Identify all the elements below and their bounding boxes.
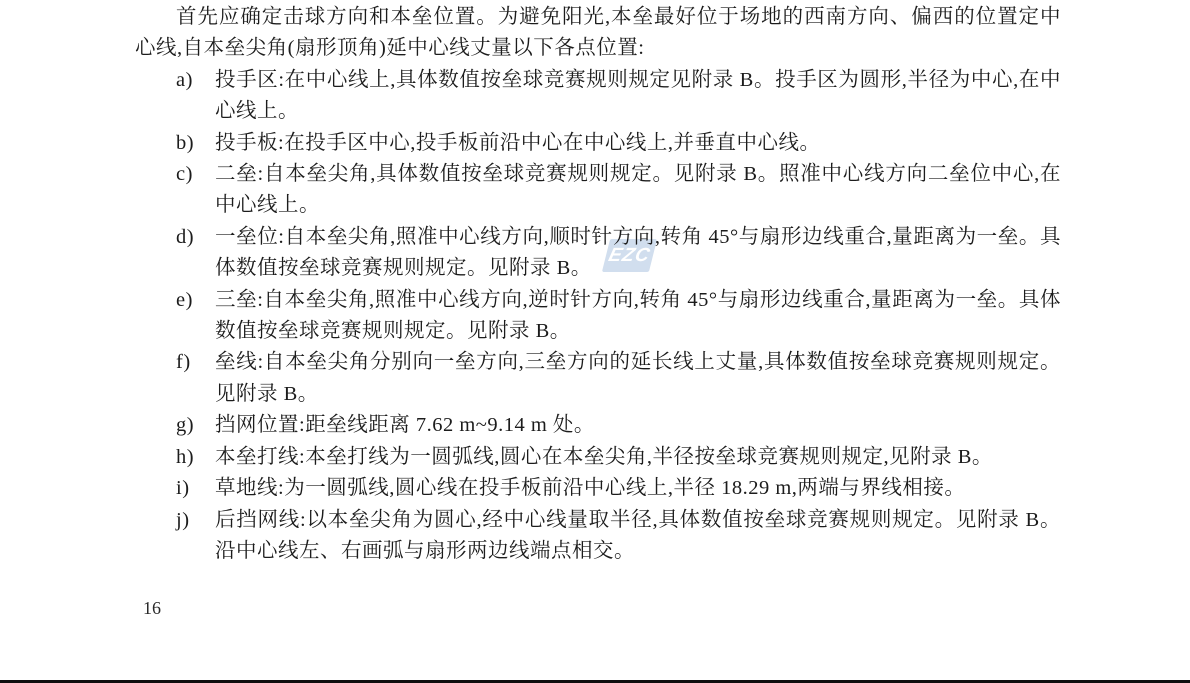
list-item: h) 本垒打线:本垒打线为一圆弧线,圆心在本垒尖角,半径按垒球竞赛规则规定,见附… xyxy=(135,442,1061,473)
list-item-marker: i) xyxy=(176,473,190,504)
list-item-marker: g) xyxy=(176,410,194,441)
list-item-marker: e) xyxy=(176,285,193,316)
list-item-text: 挡网位置:距垒线距离 7.62 m~9.14 m 处。 xyxy=(215,414,595,436)
list-item-text: 三垒:自本垒尖角,照准中心线方向,逆时针方向,转角 45°与扇形边线重合,量距离… xyxy=(215,289,1061,342)
list-item-text: 投手板:在投手区中心,投手板前沿中心在中心线上,并垂直中心线。 xyxy=(215,132,820,154)
list-item-marker: f) xyxy=(176,347,191,378)
lettered-list: a) 投手区:在中心线上,具体数值按垒球竞赛规则规定见附录 B。投手区为圆形,半… xyxy=(135,65,1061,568)
list-item: b) 投手板:在投手区中心,投手板前沿中心在中心线上,并垂直中心线。 xyxy=(135,128,1061,159)
list-item: a) 投手区:在中心线上,具体数值按垒球竞赛规则规定见附录 B。投手区为圆形,半… xyxy=(135,65,1061,128)
list-item-marker: c) xyxy=(176,159,193,190)
document-body: 首先应确定击球方向和本垒位置。为避免阳光,本垒最好位于场地的西南方向、偏西的位置… xyxy=(135,2,1061,567)
list-item-marker: b) xyxy=(176,128,194,159)
list-item: j) 后挡网线:以本垒尖角为圆心,经中心线量取半径,具体数值按垒球竞赛规则规定。… xyxy=(135,505,1061,568)
list-item-marker: h) xyxy=(176,442,194,473)
list-item-marker: a) xyxy=(176,65,193,96)
list-item: g) 挡网位置:距垒线距离 7.62 m~9.14 m 处。 xyxy=(135,410,1061,441)
list-item: i) 草地线:为一圆弧线,圆心线在投手板前沿中心线上,半径 18.29 m,两端… xyxy=(135,473,1061,504)
list-item-marker: d) xyxy=(176,222,194,253)
list-item: f) 垒线:自本垒尖角分别向一垒方向,三垒方向的延长线上丈量,具体数值按垒球竞赛… xyxy=(135,347,1061,410)
list-item: c) 二垒:自本垒尖角,具体数值按垒球竞赛规则规定。见附录 B。照准中心线方向二… xyxy=(135,159,1061,222)
list-item-text: 本垒打线:本垒打线为一圆弧线,圆心在本垒尖角,半径按垒球竞赛规则规定,见附录 B… xyxy=(215,446,993,468)
list-item-text: 投手区:在中心线上,具体数值按垒球竞赛规则规定见附录 B。投手区为圆形,半径为中… xyxy=(215,69,1061,122)
list-item-text: 垒线:自本垒尖角分别向一垒方向,三垒方向的延长线上丈量,具体数值按垒球竞赛规则规… xyxy=(215,351,1061,404)
list-item-text: 一垒位:自本垒尖角,照准中心线方向,顺时针方向,转角 45°与扇形边线重合,量距… xyxy=(215,226,1061,279)
document-page: { "doc": { "intro": "首先应确定击球方向和本垒位置。为避免阳… xyxy=(0,0,1190,683)
list-item: d) 一垒位:自本垒尖角,照准中心线方向,顺时针方向,转角 45°与扇形边线重合… xyxy=(135,222,1061,285)
list-item: e) 三垒:自本垒尖角,照准中心线方向,逆时针方向,转角 45°与扇形边线重合,… xyxy=(135,285,1061,348)
page-number: 16 xyxy=(143,597,161,619)
list-item-text: 二垒:自本垒尖角,具体数值按垒球竞赛规则规定。见附录 B。照准中心线方向二垒位中… xyxy=(215,163,1061,216)
list-item-text: 草地线:为一圆弧线,圆心线在投手板前沿中心线上,半径 18.29 m,两端与界线… xyxy=(215,477,965,499)
intro-paragraph: 首先应确定击球方向和本垒位置。为避免阳光,本垒最好位于场地的西南方向、偏西的位置… xyxy=(135,2,1061,65)
list-item-text: 后挡网线:以本垒尖角为圆心,经中心线量取半径,具体数值按垒球竞赛规则规定。见附录… xyxy=(215,509,1061,562)
list-item-marker: j) xyxy=(176,505,190,536)
